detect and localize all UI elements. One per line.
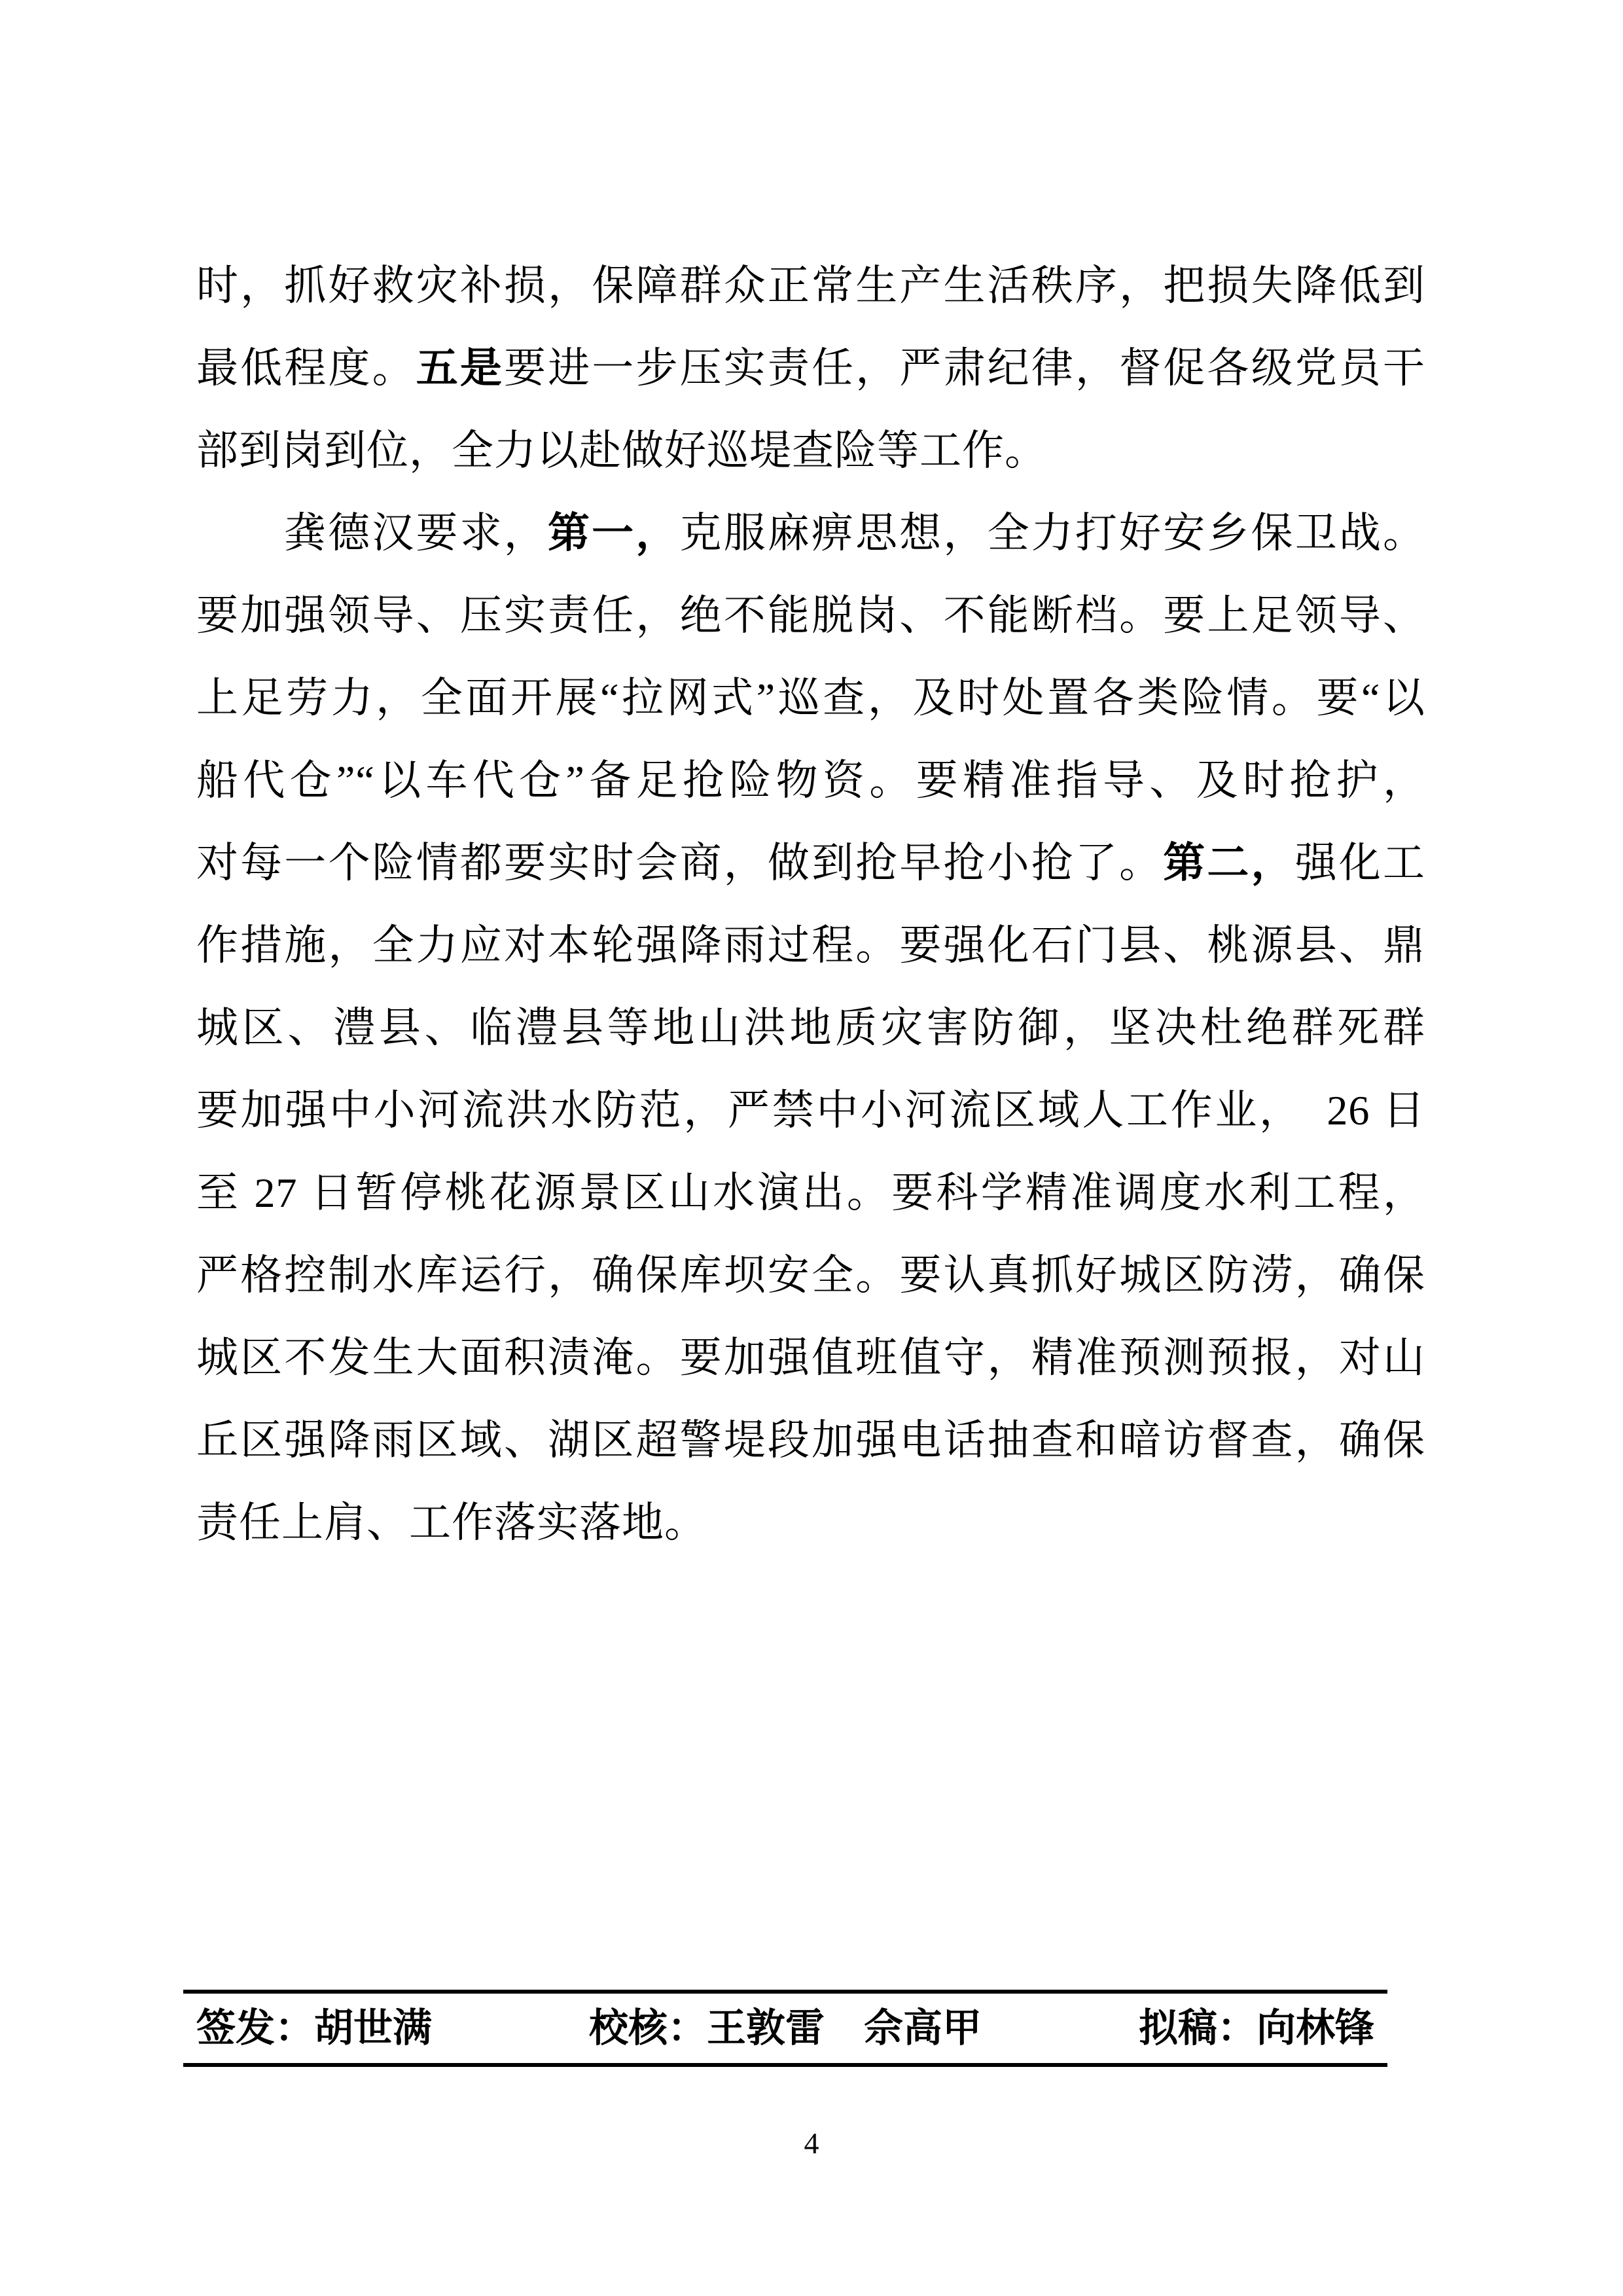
signer-label: 拟稿： [1139, 2007, 1257, 2050]
text-run: 要进一步压实责任，严肃纪律，督促各级党员干 [504, 345, 1425, 391]
text-run: 强化工 [1295, 840, 1425, 886]
text-run: 克服麻痹思想，全力打好安乡保卫战。 [679, 510, 1425, 556]
body-line: 最低程度。五是要进一步压实责任，严肃纪律，督促各级党员干 [196, 327, 1425, 410]
text-run: 对每一个险情都要实时会商，做到抢早抢小抢了。 [196, 840, 1163, 886]
body-line: 要加强中小河流洪水防范，严禁中小河流区域人工作业， 26 日 [196, 1069, 1425, 1152]
signer-item-signed: 签发：胡世满 [196, 2008, 432, 2049]
body-line: 部到岗到位，全力以赴做好巡堤查险等工作。 [196, 410, 1425, 492]
text-run: 龚德汉要求， [284, 510, 548, 556]
body-line: 责任上肩、工作落实落地。 [196, 1482, 1425, 1564]
signer-label: 签发： [196, 2007, 314, 2050]
body-line: 对每一个险情都要实时会商，做到抢早抢小抢了。第二，强化工 [196, 822, 1425, 905]
text-run: 要加强领导、压实责任，绝不能脱岗、不能断档。要上足领导、 [196, 592, 1425, 639]
body-line: 丘区强降雨区域、湖区超警堤段加强电话抽查和暗访督查，确保 [196, 1399, 1425, 1482]
text-run: 城区不发生大面积渍淹。要加强值班值守，精准预测预报，对山 [196, 1335, 1425, 1381]
text-run: 最低程度。 [196, 345, 416, 391]
body-line: 严格控制水库运行，确保库坝安全。要认真抓好城区防涝，确保 [196, 1234, 1425, 1317]
page-number: 4 [0, 2128, 1623, 2159]
text-run-bold: 第二， [1163, 840, 1294, 886]
body-line: 城区不发生大面积渍淹。要加强值班值守，精准预测预报，对山 [196, 1317, 1425, 1399]
text-run: 丘区强降雨区域、湖区超警堤段加强电话抽查和暗访督查，确保 [196, 1417, 1425, 1463]
signature-divider-top [183, 1990, 1387, 1994]
signer-item-drafted: 拟稿：向林锋 [1139, 2008, 1374, 2049]
text-run: 时，抓好救灾补损，保障群众正常生产生活秩序，把损失降低到 [196, 262, 1425, 309]
text-run: 上足劳力，全面开展“拉网式”巡查，及时处置各类险情。要“以 [196, 675, 1425, 721]
signature-divider-bottom [183, 2063, 1387, 2067]
text-run: 至 27 日暂停桃花源景区山水演出。要科学精准调度水利工程， [196, 1170, 1425, 1216]
signer-item-proofread: 校核：王敦雷 佘高甲 [589, 2008, 982, 2049]
text-run: 船代仓”“以车代仓”备足抢险物资。要精准指导、及时抢护， [196, 757, 1425, 804]
text-run: 要加强中小河流洪水防范，严禁中小河流区域人工作业， 26 日 [196, 1087, 1425, 1134]
body-line: 时，抓好救灾补损，保障群众正常生产生活秩序，把损失降低到 [196, 245, 1425, 327]
text-run: 严格控制水库运行，确保库坝安全。要认真抓好城区防涝，确保 [196, 1252, 1425, 1299]
document-body: 时，抓好救灾补损，保障群众正常生产生活秩序，把损失降低到 最低程度。五是要进一步… [196, 245, 1425, 1564]
text-run: 责任上肩、工作落实落地。 [196, 1499, 707, 1546]
signer-name: 王敦雷 佘高甲 [707, 2007, 982, 2050]
text-run: 部到岗到位，全力以赴做好巡堤查险等工作。 [196, 427, 1047, 474]
body-line: 作措施，全力应对本轮强降雨过程。要强化石门县、桃源县、鼎 [196, 905, 1425, 987]
text-run: 作措施，全力应对本轮强降雨过程。要强化石门县、桃源县、鼎 [196, 922, 1425, 969]
signer-name: 胡世满 [314, 2007, 432, 2050]
body-line: 城区、澧县、临澧县等地山洪地质灾害防御，坚决杜绝群死群伤。 [196, 987, 1425, 1069]
body-line: 船代仓”“以车代仓”备足抢险物资。要精准指导、及时抢护， [196, 740, 1425, 822]
body-line: 要加强领导、压实责任，绝不能脱岗、不能断档。要上足领导、 [196, 575, 1425, 657]
signer-label: 校核： [589, 2007, 707, 2050]
text-run-bold: 第一， [548, 510, 679, 556]
body-line: 龚德汉要求，第一，克服麻痹思想，全力打好安乡保卫战。 [196, 492, 1425, 575]
text-run: 城区、澧县、临澧县等地山洪地质灾害防御，坚决杜绝群死群伤。 [196, 1005, 1425, 1069]
body-line: 至 27 日暂停桃花源景区山水演出。要科学精准调度水利工程， [196, 1152, 1425, 1234]
document-page: { "colors": { "ink": "#000000", "paper":… [0, 0, 1623, 2296]
signature-block: 签发：胡世满 校核：王敦雷 佘高甲 拟稿：向林锋 [196, 2008, 1374, 2049]
signer-name: 向林锋 [1257, 2007, 1374, 2050]
text-run-bold: 五是 [416, 345, 504, 391]
body-line: 上足劳力，全面开展“拉网式”巡查，及时处置各类险情。要“以 [196, 657, 1425, 740]
